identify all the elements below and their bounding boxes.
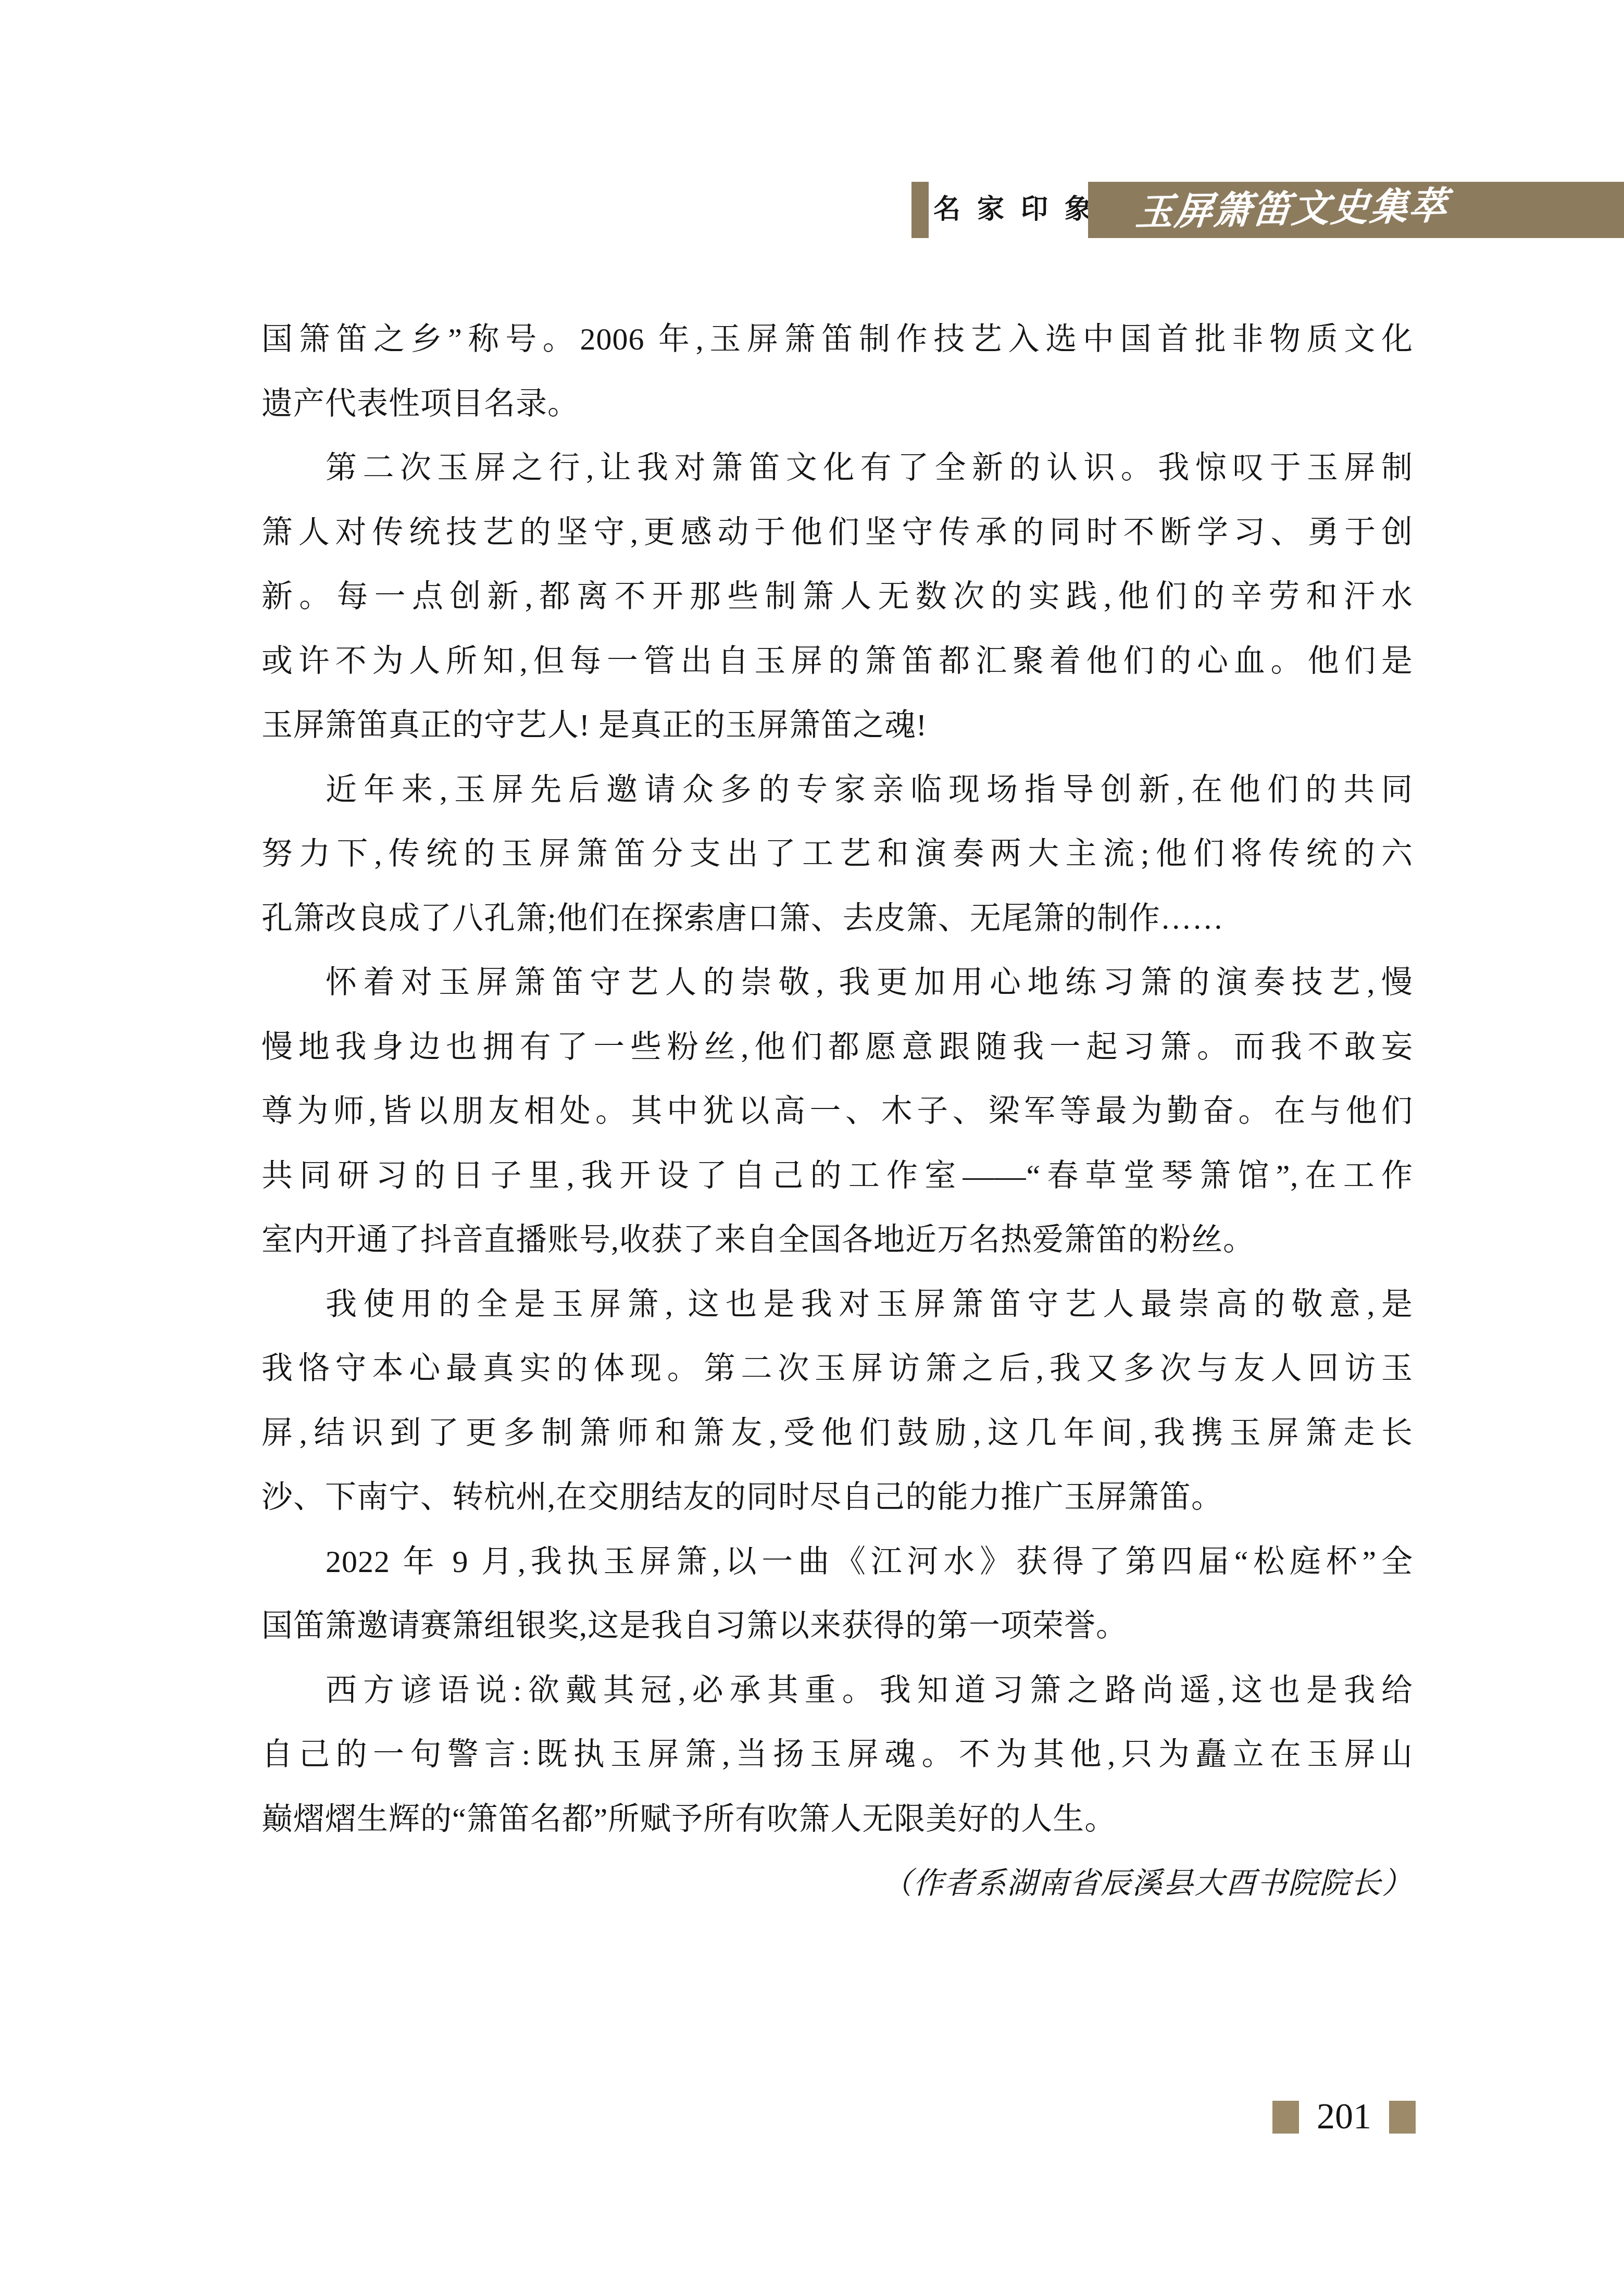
text-line: 屏,结识到了更多制箫师和箫友,受他们鼓励,这几年间,我携玉屏箫走长 bbox=[261, 1401, 1413, 1466]
article-body: 国箫笛之乡”称号。2006 年,玉屏箫笛制作技艺入选中国首批非物质文化 遗产代表… bbox=[261, 307, 1413, 1916]
text-line: 巅熠熠生辉的“箫笛名都”所赋予所有吹箫人无限美好的人生。 bbox=[261, 1787, 1413, 1852]
text-line: 箫人对传统技艺的坚守,更感动于他们坚守传承的同时不断学习、勇于创 bbox=[261, 501, 1413, 565]
text-line: 我恪守本心最真实的体现。第二次玉屏访箫之后,我又多次与友人回访玉 bbox=[261, 1337, 1413, 1401]
text-line: 或许不为人所知,但每一管出自玉屏的箫笛都汇聚着他们的心血。他们是 bbox=[261, 629, 1413, 694]
text-line: 努力下,传统的玉屏箫笛分支出了工艺和演奏两大主流;他们将传统的六 bbox=[261, 822, 1413, 887]
section-label: 名家印象 bbox=[933, 182, 1108, 238]
text-line: 西方谚语说:欲戴其冠,必承其重。我知道习箫之路尚遥,这也是我给 bbox=[261, 1659, 1413, 1723]
text-line: 室内开通了抖音直播账号,收获了来自全国各地近万名热爱箫笛的粉丝。 bbox=[261, 1208, 1413, 1273]
footer-square-right bbox=[1389, 2101, 1416, 2134]
header-banner: 玉屏箫笛文史集萃 bbox=[1088, 182, 1624, 238]
footer-square-left bbox=[1272, 2101, 1299, 2134]
text-line: 第二次玉屏之行,让我对箫笛文化有了全新的认识。我惊叹于玉屏制 bbox=[261, 436, 1413, 501]
text-line: 孔箫改良成了八孔箫;他们在探索唐口箫、去皮箫、无尾箫的制作…… bbox=[261, 887, 1413, 951]
book-page: 名家印象 玉屏箫笛文史集萃 国箫笛之乡”称号。2006 年,玉屏箫笛制作技艺入选… bbox=[0, 0, 1624, 2269]
text-line: 尊为师,皆以朋友相处。其中犹以高一、木子、梁军等最为勤奋。在与他们 bbox=[261, 1079, 1413, 1144]
page-number: 201 bbox=[1317, 2100, 1371, 2134]
text-line: 怀着对玉屏箫笛守艺人的崇敬, 我更加用心地练习箫的演奏技艺,慢 bbox=[261, 951, 1413, 1015]
text-line: 自己的一句警言:既执玉屏箫,当扬玉屏魂。不为其他,只为矗立在玉屏山 bbox=[261, 1723, 1413, 1787]
page-footer: 201 bbox=[1272, 2100, 1416, 2134]
text-line: 沙、下南宁、转杭州,在交朋结友的同时尽自己的能力推广玉屏箫笛。 bbox=[261, 1465, 1413, 1530]
text-line: 近年来,玉屏先后邀请众多的专家亲临现场指导创新,在他们的共同 bbox=[261, 758, 1413, 822]
author-attribution: （作者系湖南省辰溪县大酉书院院长） bbox=[261, 1851, 1413, 1916]
text-line: 共同研习的日子里,我开设了自己的工作室——“春草堂琴箫馆”,在工作 bbox=[261, 1144, 1413, 1208]
text-line: 我使用的全是玉屏箫, 这也是我对玉屏箫笛守艺人最崇高的敬意,是 bbox=[261, 1273, 1413, 1337]
text-line: 遗产代表性项目名录。 bbox=[261, 372, 1413, 437]
text-line: 玉屏箫笛真正的守艺人! 是真正的玉屏箫笛之魂! bbox=[261, 693, 1413, 758]
text-line: 新。每一点创新,都离不开那些制箫人无数次的实践,他们的辛劳和汗水 bbox=[261, 565, 1413, 629]
banner-calligraphy-title: 玉屏箫笛文史集萃 bbox=[1134, 176, 1451, 239]
text-line: 2022 年 9 月,我执玉屏箫,以一曲《江河水》获得了第四届“松庭杯”全 bbox=[261, 1530, 1413, 1594]
text-line: 国箫笛之乡”称号。2006 年,玉屏箫笛制作技艺入选中国首批非物质文化 bbox=[261, 307, 1413, 372]
header-accent-bar bbox=[911, 182, 929, 238]
text-line: 国笛箫邀请赛箫组银奖,这是我自习箫以来获得的第一项荣誉。 bbox=[261, 1594, 1413, 1659]
text-line: 慢地我身边也拥有了一些粉丝,他们都愿意跟随我一起习箫。而我不敢妄 bbox=[261, 1015, 1413, 1080]
